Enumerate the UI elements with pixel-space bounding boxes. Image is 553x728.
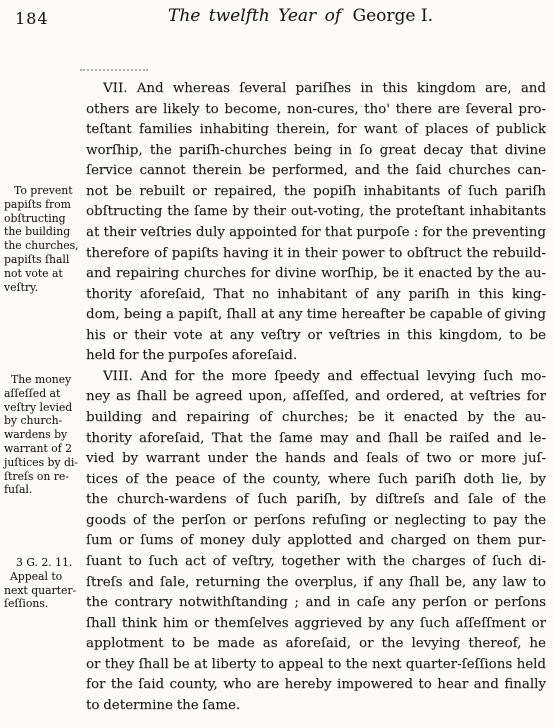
margin-note-line: The money	[4, 373, 82, 387]
running-title: The twelfth Year of George I.	[0, 6, 553, 26]
body-text-line: others are likely to become, non-cures, …	[86, 100, 546, 121]
running-title-italic: The twelfth Year of	[168, 6, 341, 26]
body-text-line: the church-wardens of ſuch pariſh, by di…	[86, 490, 546, 511]
margin-note-line: aſſeſſed at	[4, 387, 82, 401]
body-text-line: applotment to be made as aforeſaid, or t…	[86, 634, 546, 655]
body-text-line: at their veſtries duly appointed for tha…	[86, 223, 546, 244]
margin-note-line: obſtructing	[4, 212, 82, 226]
margin-note-line: the churches,	[4, 239, 82, 253]
body-text-line: for the ſaid county, who are hereby impo…	[86, 675, 546, 696]
body-text-line: tices of the peace of the county, where …	[86, 470, 546, 491]
body-text-line: worſhip, the pariſh-churches being in ſo…	[86, 141, 546, 162]
body-text-line: VIII. And for the more ſpeedy and effect…	[86, 367, 546, 388]
body-text-line: thority aforeſaid, That the ſame may and…	[86, 429, 546, 450]
margin-note-line: veſtry.	[4, 281, 82, 295]
body-text-line: ſervice cannot therein be performed, and…	[86, 161, 546, 182]
margin-note-line: Appeal to	[4, 570, 82, 584]
margin-note-line: fuſal.	[4, 483, 82, 497]
margin-note-line: by church-	[4, 414, 82, 428]
margin-note-line: ſeſſions.	[4, 597, 82, 611]
statute-paragraph: VIII. And for the more ſpeedy and effect…	[86, 367, 546, 717]
margin-note: The moneyaſſeſſed atveſtry leviedby chur…	[4, 373, 82, 497]
margin-note-line: veſtry levied	[4, 401, 82, 415]
body-text-line: goods of the perſon or perſons refuſing …	[86, 511, 546, 532]
body-text-line: or they ſhall be at liberty to appeal to…	[86, 655, 546, 676]
body-text-line: his or their vote at any veſtry or veſtr…	[86, 326, 546, 347]
body-text-line: ney as ſhall be agreed upon, aſſeſſed, a…	[86, 387, 546, 408]
margin-note-line: ſtreſs on re-	[4, 470, 82, 484]
body-text-line: not be rebuilt or repaired, the popiſh i…	[86, 182, 546, 203]
body-text-line: thority aforeſaid, That no inhabitant of…	[86, 285, 546, 306]
book-page: 184 The twelfth Year of George I. To pre…	[0, 0, 553, 728]
margin-note: 3 G. 2. 11.Appeal tonext quarter-ſeſſion…	[4, 556, 82, 611]
body-text-line: ſuant to ſuch act of veſtry, together wi…	[86, 552, 546, 573]
margin-note-line: not vote at	[4, 267, 82, 281]
body-text-line: therefore of papiſts having it in their …	[86, 244, 546, 265]
margin-note-line: juſtices by di-	[4, 456, 82, 470]
margin-note-line: warrant of 2	[4, 442, 82, 456]
body-text-line: building and repairing of churches; be i…	[86, 408, 546, 429]
body-text-line: VII. And whereas ſeveral pariſhes in thi…	[86, 79, 546, 100]
body-text-line: the contrary notwithſtanding ; and in ca…	[86, 593, 546, 614]
body-text-line: to determine the ſame.	[86, 696, 546, 717]
body-text-line: dom, being a papiſt, ſhall at any time h…	[86, 305, 546, 326]
body-text-line: ſum or ſums of money duly applotted and …	[86, 531, 546, 552]
running-title-roman: George I.	[353, 6, 433, 26]
body-text-line: ſhall think him or themſelves aggrieved …	[86, 614, 546, 635]
margin-note-line: papiſts from	[4, 198, 82, 212]
body-text-line: teſtant families inhabiting therein, for…	[86, 120, 546, 141]
margin-note-line: next quarter-	[4, 584, 82, 598]
margin-note-line: wardens by	[4, 428, 82, 442]
body-text-line: obſtructing the ſame by their out-voting…	[86, 202, 546, 223]
margin-note-line: the building	[4, 225, 82, 239]
margin-note-line: papiſts ſhall	[4, 253, 82, 267]
body-text: VII. And whereas ſeveral pariſhes in thi…	[86, 79, 546, 716]
body-text-line: and repairing churches for divine worſhi…	[86, 264, 546, 285]
scan-artifact-dash	[80, 69, 148, 71]
statute-paragraph: VII. And whereas ſeveral pariſhes in thi…	[86, 79, 546, 367]
body-text-line: held for the purpoſes aforeſaid.	[86, 346, 546, 367]
body-text-line: vied by warrant under the hands and ſeal…	[86, 449, 546, 470]
body-text-line: ſtreſs and ſale, returning the overplus,…	[86, 573, 546, 594]
margin-note: To preventpapiſts fromobſtructingthe bui…	[4, 184, 82, 294]
margin-note-line: To prevent	[4, 184, 82, 198]
margin-note-line: 3 G. 2. 11.	[4, 556, 82, 570]
